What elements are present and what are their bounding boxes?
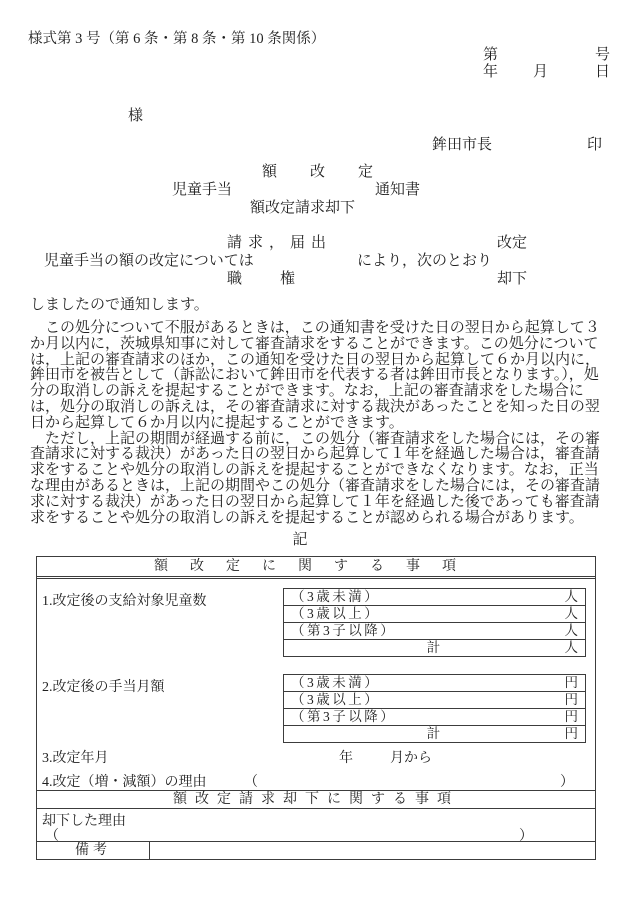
table-row: （3歳以上） 人 [284,605,585,622]
rejection-paren-open: （ [45,825,59,845]
row-label: 計 [284,726,585,742]
table-row: （第3子以降） 人 [284,622,585,639]
revision-details-table: 額改定に関する事項 1.改定後の支給対象児童数 （3歳未満） 人 （3歳以上） … [36,556,596,860]
table-header-rejection: 額改定請求却下に関する事項 [37,790,595,809]
table-row: （3歳以上） 円 [284,691,585,708]
item4-label: 4.改定（増・減額）の理由 [42,771,207,791]
ki-marker: 記 [0,528,600,549]
table-row: （3歳未満） 人 [284,589,585,605]
appeal-paragraphs: この処分について不服があるときは，この通知書を受けた日の翌日から起算して３か月以… [30,321,604,526]
appeal-paragraph-1: この処分について不服があるときは，この通知書を受けた日の翌日から起算して３か月以… [30,321,604,432]
monthly-amount-subtable: （3歳未満） 円 （3歳以上） 円 （第3子以降） 円 計 円 [283,674,586,743]
statement-result-top: 改定 [497,231,527,252]
row-unit: 人 [565,640,579,656]
statement-lead: 児童手当の額の改定については [44,249,254,270]
row-unit: 円 [565,726,579,742]
statement-middle: により，次のとおり [357,249,492,270]
item3-year-label: 年 [339,747,353,767]
row-label: （3歳以上） [291,606,380,622]
statement-result-bottom: 却下 [497,267,527,288]
table-row: （第3子以降） 円 [284,708,585,725]
appeal-paragraph-2: ただし，上記の期間が経過する前に，この処分（審査請求をした場合には，その審査請求… [30,432,604,527]
row-label: （第3子以降） [291,709,396,725]
notification-form-page: { "page": { "form_number": "様式第 3 号（第 6 … [0,0,630,903]
table-main-cell: 1.改定後の支給対象児童数 （3歳未満） 人 （3歳以上） 人 （第3子以降） … [37,579,595,790]
row-label: （第3子以降） [291,623,396,639]
table-row: （3歳未満） 円 [284,675,585,691]
row-label: （3歳未満） [291,675,380,691]
rejection-reason-cell: 却下した理由 （ ） [37,809,595,841]
item2-label: 2.改定後の手当月額 [42,676,165,696]
item4-paren-open: （ [244,771,258,791]
issuer-name: 鉾田市長 [432,133,492,154]
item1-label: 1.改定後の支給対象児童数 [42,590,207,610]
table-row-total: 計 人 [284,639,585,656]
date-day-label: 日 [595,60,610,81]
child-count-subtable: （3歳未満） 人 （3歳以上） 人 （第3子以降） 人 計 人 [283,588,586,657]
date-year-label: 年 [483,60,498,81]
table-row-total: 計 円 [284,725,585,742]
item4-paren-close: ） [560,771,574,791]
issuer-seal-label: 印 [587,133,602,154]
addressee-honorific: 様 [128,104,143,125]
row-unit: 円 [565,709,579,725]
table-header-revision: 額改定に関する事項 [37,557,595,579]
item3-month-from-label: 月から [390,747,432,767]
statement-closing: しましたので通知します。 [30,293,209,314]
item3-label: 3.改定年月 [42,747,109,767]
row-unit: 円 [565,692,579,708]
form-number: 様式第 3 号（第 6 条・第 8 条・第 10 条関係） [28,27,325,48]
statement-option-bottom: 職権 [227,267,333,288]
row-unit: 人 [565,606,579,622]
row-unit: 円 [565,675,579,691]
date-month-label: 月 [533,60,548,81]
title-left: 児童手当 [172,178,232,199]
row-unit: 人 [565,589,579,605]
title-option-bottom: 額改定請求却下 [250,196,355,217]
row-label: （3歳以上） [291,692,380,708]
row-unit: 人 [565,623,579,639]
remarks-row: 備考 [37,841,595,859]
title-right: 通知書 [375,178,420,199]
row-label: （3歳未満） [291,589,380,605]
rejection-paren-close: ） [519,825,533,845]
row-label: 計 [284,640,585,656]
